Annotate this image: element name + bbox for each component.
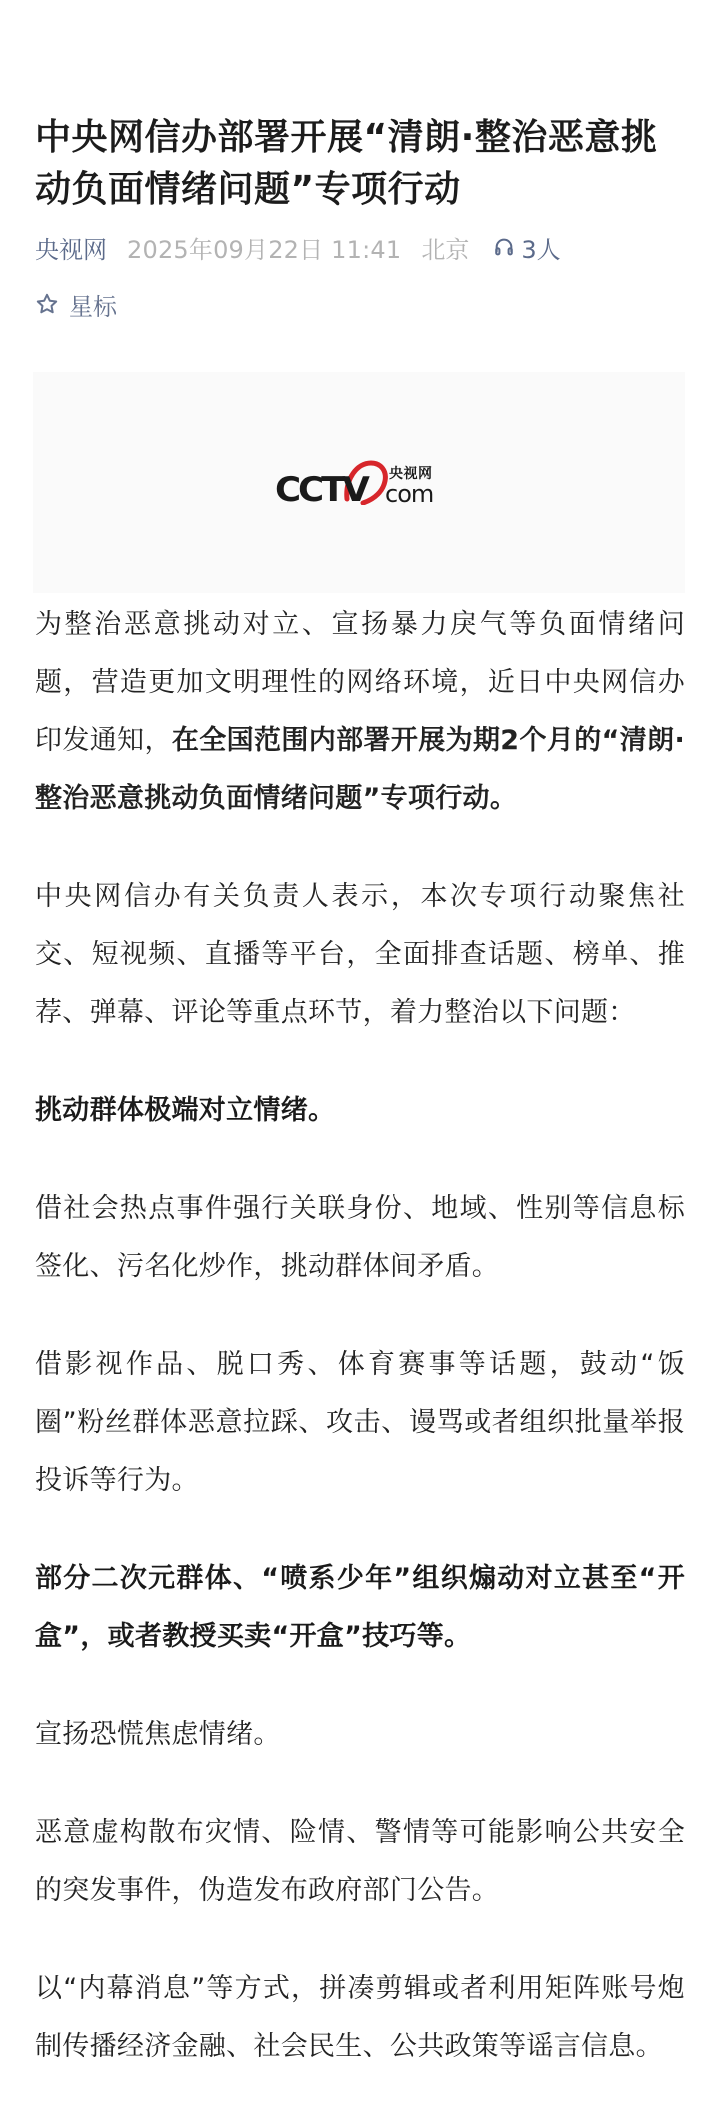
article: 中央网信办部署开展“清朗·整治恶意挑动负面情绪问题”专项行动 央视网 2025年… [0, 0, 720, 2076]
headphones-icon [493, 236, 515, 258]
article-body: 为整治恶意挑动对立、宣扬暴力戾气等负面情绪问题，营造更加文明理性的网络环境，近日… [35, 596, 685, 2076]
star-label: 星标 [69, 287, 117, 322]
publish-date: 2025年09月22日 11:41 [127, 230, 401, 265]
paragraph: 借社会热点事件强行关联身份、地域、性别等信息标签化、污名化炒作，挑动群体间矛盾。 [35, 1180, 685, 1296]
star-button[interactable]: 星标 [35, 284, 685, 324]
logo-cctv-text: CCTV [275, 475, 367, 505]
paragraph: 借影视作品、脱口秀、体育赛事等话题，鼓动“饭圈”粉丝群体恶意拉踩、攻击、谩骂或者… [35, 1336, 685, 1510]
paragraph: 以“内幕消息”等方式，拼凑剪辑或者利用矩阵账号炮制传播经济金融、社会民生、公共政… [35, 1960, 685, 2076]
paragraph: 中央网信办有关负责人表示，本次专项行动聚焦社交、短视频、直播等平台，全面排查话题… [35, 868, 685, 1042]
star-outline-icon [35, 292, 59, 316]
paragraph: 宣扬恐慌焦虑情绪。 [35, 1706, 685, 1764]
hero-image[interactable]: CCTV 央视网 com [33, 372, 685, 593]
paragraph-intro: 为整治恶意挑动对立、宣扬暴力戾气等负面情绪问题，营造更加文明理性的网络环境，近日… [35, 596, 685, 828]
article-meta: 央视网 2025年09月22日 11:41 北京 3人 [35, 227, 685, 267]
logo-com-text: com [385, 482, 433, 506]
listen-button[interactable]: 3人 [493, 230, 560, 265]
paragraph-heading: 挑动群体极端对立情绪。 [35, 1082, 685, 1140]
publish-location: 北京 [421, 230, 469, 265]
source-link[interactable]: 央视网 [35, 230, 107, 265]
cctv-logo: CCTV 央视网 com [275, 465, 443, 505]
paragraph: 恶意虚构散布灾情、险情、警情等可能影响公共安全的突发事件，伪造发布政府部门公告。 [35, 1804, 685, 1920]
paragraph-heading: 部分二次元群体、“喷系少年”组织煽动对立甚至“开盒”，或者教授买卖“开盒”技巧等… [35, 1550, 685, 1666]
listener-count: 3人 [521, 230, 560, 265]
article-title: 中央网信办部署开展“清朗·整治恶意挑动负面情绪问题”专项行动 [35, 112, 685, 216]
